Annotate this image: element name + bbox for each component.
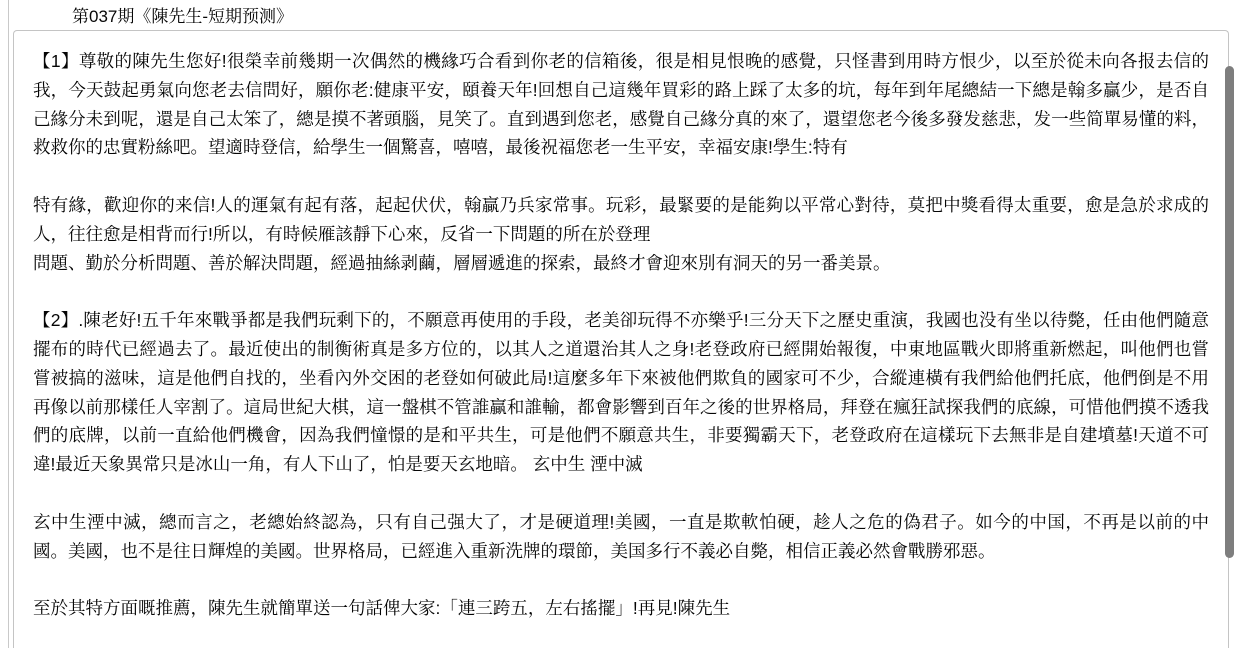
paragraph-3: 【2】.陳老好!五千年來戰爭都是我們玩剩下的，不願意再使用的手段，老美卻玩得不亦… [33, 306, 1209, 479]
paragraph-1: 【1】尊敬的陳先生您好!很榮幸前幾期一次偶然的機緣巧合看到你老的信箱後，很是相見… [33, 47, 1209, 162]
content-panel: 【1】尊敬的陳先生您好!很榮幸前幾期一次偶然的機緣巧合看到你老的信箱後，很是相見… [13, 30, 1229, 648]
page-title: 第037期《陳先生-短期预测》 [72, 2, 293, 27]
paragraph-4: 玄中生湮中滅，總而言之，老總始終認為，只有自己强大了，才是硬道理!美國，一直是欺… [33, 508, 1209, 566]
scrollbar-thumb[interactable] [1225, 66, 1234, 558]
left-border-line [8, 0, 9, 648]
paragraph-5: 至於其特方面嘅推薦，陳先生就簡單送一句話俾大家:「連三跨五，左右搖擺」!再見!陳… [33, 594, 1209, 623]
paragraph-2: 特有緣，歡迎你的来信!人的運氣有起有落，起起伏伏，翰贏乃兵家常事。玩彩，最緊要的… [33, 191, 1209, 277]
